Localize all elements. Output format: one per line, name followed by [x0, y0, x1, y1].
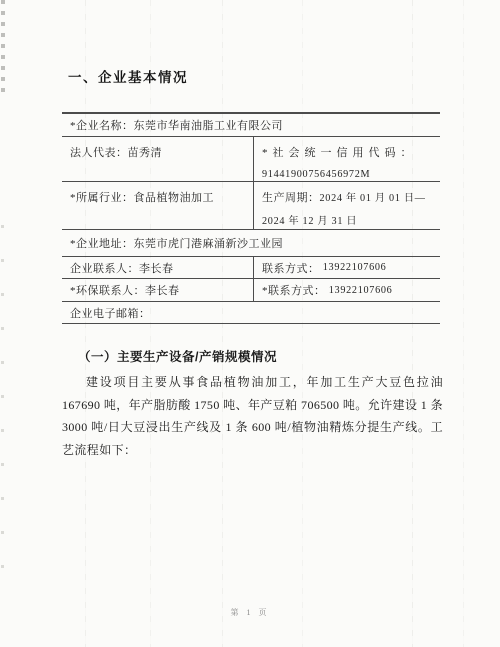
scan-edge-marks	[1, 225, 4, 585]
credit-code-label: *社会统一信用代码：	[262, 142, 434, 164]
industry-value: 食品植物油加工	[134, 192, 215, 204]
address-value: 东莞市虎门港麻涌新沙工业园	[134, 235, 284, 251]
credit-code-value: 91441900756456972M	[262, 164, 434, 181]
contact-label: 企业联系人：	[70, 260, 139, 276]
table-row-industry-period: *所属行业：食品植物油加工 生产周期：2024 年 01 月 01 日—2024…	[62, 182, 440, 230]
company-name-value: 东莞市华南油脂工业有限公司	[134, 117, 284, 133]
company-name-label: *企业名称：	[70, 117, 134, 133]
address-label: *企业地址：	[70, 235, 134, 251]
company-info-table: *企业名称：东莞市华南油脂工业有限公司 法人代表：苗秀清 *社会统一信用代码： …	[62, 112, 440, 324]
env-contact-phone-label: *联系方式：	[262, 282, 326, 298]
scan-edge-marks	[1, 0, 5, 95]
scanned-document-page: 一、企业基本情况 *企业名称：东莞市华南油脂工业有限公司 法人代表：苗秀清 *社…	[0, 0, 500, 647]
table-row-company-name: *企业名称：东莞市华南油脂工业有限公司	[62, 114, 440, 137]
env-contact-label: *环保联系人：	[70, 282, 145, 298]
production-period-label: 生产周期：	[262, 192, 320, 204]
section-heading: （一）主要生产设备/产销规模情况	[78, 347, 277, 365]
table-row-legal-rep-credit-code: 法人代表：苗秀清 *社会统一信用代码： 91441900756456972M	[62, 137, 440, 182]
contact-phone-label: 联系方式：	[262, 260, 320, 276]
page-number: 第 1 页	[0, 607, 500, 618]
legal-rep-value: 苗秀清	[128, 147, 163, 159]
legal-rep-label: 法人代表：	[70, 147, 128, 159]
contact-value: 李长春	[139, 260, 174, 276]
email-label: 企业电子邮箱：	[70, 305, 151, 321]
document-title: 一、企业基本情况	[68, 66, 188, 86]
table-row-contact: 企业联系人：李长春 联系方式： 13922107606	[62, 257, 440, 279]
table-row-env-contact: *环保联系人：李长春 *联系方式： 13922107606	[62, 279, 440, 302]
table-row-email: 企业电子邮箱：	[62, 302, 440, 324]
scan-streak	[463, 0, 464, 647]
body-paragraph: 建设项目主要从事食品植物油加工，年加工生产大豆色拉油 167690 吨，年产脂肪…	[62, 371, 443, 461]
env-contact-phone-value: 13922107606	[329, 285, 393, 296]
env-contact-value: 李长春	[145, 282, 180, 298]
industry-label: *所属行业：	[70, 192, 134, 204]
table-row-address: *企业地址：东莞市虎门港麻涌新沙工业园	[62, 230, 440, 257]
contact-phone-value: 13922107606	[323, 262, 387, 273]
